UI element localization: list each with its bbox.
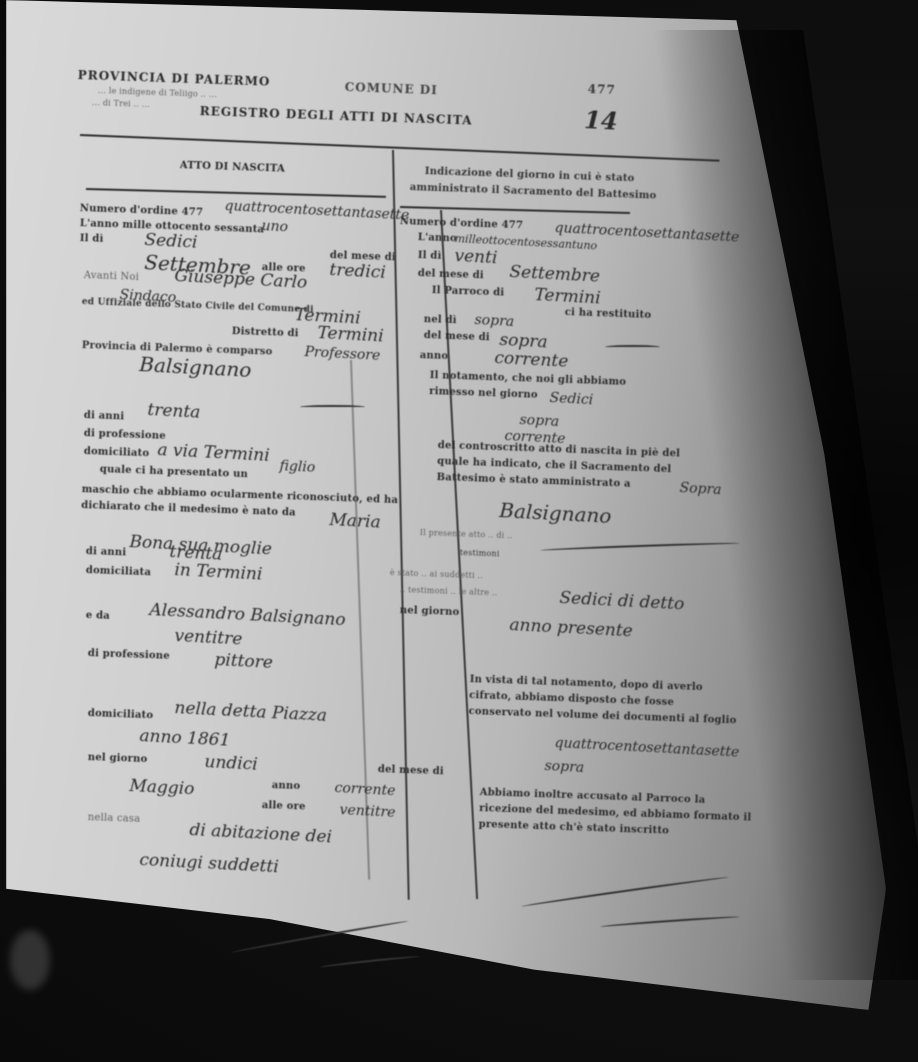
r-value-il-di: venti [454, 246, 498, 268]
value-anno-corrente: corrente [334, 780, 396, 799]
handwritten-page-number: 14 [583, 105, 618, 136]
r-value-parroco: Termini [534, 285, 601, 308]
label-alle-ore-nascita: alle ore [262, 800, 306, 813]
pen-stroke [300, 405, 365, 409]
value-mese-nascita: Maggio [129, 776, 195, 799]
r-value-anno-2: corrente [494, 348, 569, 372]
value-figlio: figlio [279, 458, 315, 476]
r-label-mese-2: del mese di [424, 330, 490, 343]
value-professione-padre: pittore [214, 650, 273, 673]
value-eta-padre: ventitre [174, 626, 243, 650]
label-domiciliato: domiciliato [84, 446, 150, 459]
value-alle-ore: tredici [329, 260, 386, 283]
r-label-nel-di: nel dì [424, 314, 457, 326]
r-value-nel-di: sopra [474, 312, 514, 330]
value-madre-nome: Maria [329, 510, 381, 533]
value-distretto: Termini [317, 323, 384, 346]
label-eta-madre: di anni [86, 546, 127, 558]
value-nel-giorno: undici [204, 752, 258, 775]
label-nella-casa: nella casa [88, 812, 141, 825]
value-eta-declarant: trenta [147, 400, 201, 423]
r-value-mese-3: sopra [519, 412, 559, 430]
printed-page-number: 477 [588, 82, 617, 97]
r-value-battesimo-a: Sopra [679, 480, 722, 498]
label-anno-nascita: anno [272, 780, 301, 792]
r-paragraph-3: In vista di tal notamento, dopo di averl… [468, 672, 740, 729]
pen-stroke [605, 345, 660, 349]
label-e-da: e da [86, 610, 110, 622]
label-avanti-noi: Avanti Noi [84, 270, 140, 283]
label-nel-giorno: nel giorno [88, 752, 148, 765]
middle-nel-giorno: nel giorno [400, 605, 460, 618]
r-value-giorno: Sedici [549, 390, 593, 408]
label-mese-nascita: del mese di [378, 764, 444, 777]
r-paragraph-2: del controscritto atto di nascita in piè… [436, 438, 688, 495]
value-il-di: Sedici [144, 230, 198, 253]
r-label-anno: L'anno [418, 232, 457, 244]
label-distretto: Distretto di [232, 326, 299, 339]
value-anno: uno [261, 218, 288, 235]
middle-fragment-2: testimoni [460, 548, 500, 558]
r-label-anno-2: anno [420, 350, 449, 362]
label-il-di: Il dì [80, 233, 104, 245]
r-label-il-di: Il dì [418, 250, 442, 262]
r-value-foglio-2: sopra [544, 758, 584, 776]
stain [10, 930, 50, 990]
value-ore-nascita: ventitre [339, 802, 396, 821]
label-domiciliata: domiciliata [86, 565, 152, 578]
label-domiciliato-padre: domiciliato [88, 708, 154, 721]
r-paragraph-4: Abbiamo inoltre accusato al Parroco la r… [478, 785, 760, 843]
label-eta-declarant: di anni [84, 410, 125, 422]
r-label-mese: del mese di [418, 268, 484, 281]
